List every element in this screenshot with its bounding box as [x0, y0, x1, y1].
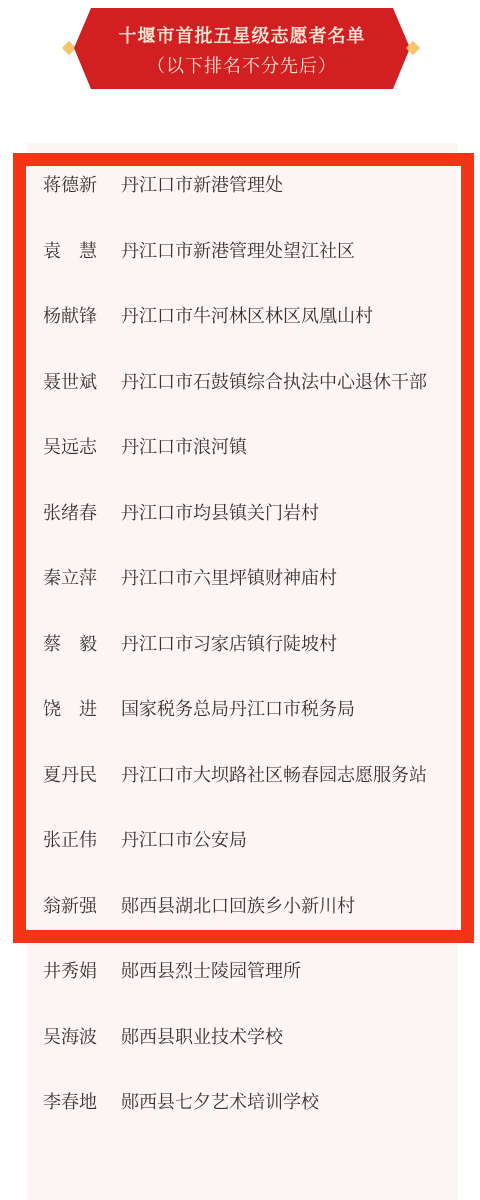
volunteer-org: 丹江口市大坝路社区畅春园志愿服务站 [121, 765, 427, 786]
diamond-ornament-icon [406, 41, 420, 55]
list-item: 杨献锋丹江口市牛河林区林区凤凰山村 [43, 301, 448, 332]
volunteer-name: 井秀娟 [43, 956, 121, 987]
volunteer-name: 秦立萍 [43, 563, 121, 594]
page-title: 十堰市首批五星级志愿者名单 [74, 22, 410, 48]
list-item: 聂世斌丹江口市石鼓镇综合执法中心退休干部 [43, 367, 448, 398]
volunteer-name: 张绪春 [43, 498, 121, 529]
volunteer-name: 翁新强 [43, 891, 121, 922]
volunteer-org: 丹江口市新港管理处望江社区 [121, 241, 355, 262]
volunteer-name: 杨献锋 [43, 301, 121, 332]
volunteer-org: 国家税务总局丹江口市税务局 [121, 699, 355, 720]
volunteer-name: 夏丹民 [43, 760, 121, 791]
title-banner: 十堰市首批五星级志愿者名单 （以下排名不分先后） [62, 8, 420, 89]
volunteer-org: 丹江口市六里坪镇财神庙村 [121, 568, 337, 589]
volunteer-list: 蒋德新丹江口市新港管理处 袁 慧丹江口市新港管理处望江社区 杨献锋丹江口市牛河林… [43, 170, 448, 1153]
page-subtitle: （以下排名不分先后） [74, 52, 410, 78]
volunteer-org: 丹江口市均县镇关门岩村 [121, 503, 319, 524]
volunteer-org: 丹江口市浪河镇 [121, 437, 247, 458]
volunteer-name: 吴远志 [43, 432, 121, 463]
volunteer-org: 丹江口市新港管理处 [121, 175, 283, 196]
banner-background: 十堰市首批五星级志愿者名单 （以下排名不分先后） [74, 8, 410, 89]
list-item: 吴远志丹江口市浪河镇 [43, 432, 448, 463]
volunteer-name: 吴海波 [43, 1022, 121, 1053]
volunteer-name: 饶 进 [43, 694, 121, 725]
diamond-ornament-icon [62, 41, 76, 55]
volunteer-name: 李春地 [43, 1087, 121, 1118]
volunteer-org: 郧西县职业技术学校 [121, 1027, 283, 1048]
list-item: 井秀娟郧西县烈士陵园管理所 [43, 956, 448, 987]
list-item: 蔡 毅丹江口市习家店镇行陡坡村 [43, 629, 448, 660]
list-item: 饶 进国家税务总局丹江口市税务局 [43, 694, 448, 725]
volunteer-org: 郧西县湖北口回族乡小新川村 [121, 896, 355, 917]
volunteer-org: 郧西县七夕艺术培训学校 [121, 1092, 319, 1113]
list-item: 张正伟丹江口市公安局 [43, 825, 448, 856]
volunteer-org: 郧西县烈士陵园管理所 [121, 961, 301, 982]
list-item: 袁 慧丹江口市新港管理处望江社区 [43, 236, 448, 267]
list-item: 吴海波郧西县职业技术学校 [43, 1022, 448, 1053]
volunteer-org: 丹江口市公安局 [121, 830, 247, 851]
volunteer-name: 张正伟 [43, 825, 121, 856]
list-item: 秦立萍丹江口市六里坪镇财神庙村 [43, 563, 448, 594]
volunteer-org: 丹江口市石鼓镇综合执法中心退休干部 [121, 372, 427, 393]
volunteer-name: 蒋德新 [43, 170, 121, 201]
volunteer-name: 蔡 毅 [43, 629, 121, 660]
volunteer-org: 丹江口市习家店镇行陡坡村 [121, 634, 337, 655]
list-item: 蒋德新丹江口市新港管理处 [43, 170, 448, 201]
volunteer-name: 聂世斌 [43, 367, 121, 398]
volunteer-name: 袁 慧 [43, 236, 121, 267]
volunteer-org: 丹江口市牛河林区林区凤凰山村 [121, 306, 373, 327]
list-item: 翁新强郧西县湖北口回族乡小新川村 [43, 891, 448, 922]
list-item: 夏丹民丹江口市大坝路社区畅春园志愿服务站 [43, 760, 448, 791]
list-item: 李春地郧西县七夕艺术培训学校 [43, 1087, 448, 1118]
list-item: 张绪春丹江口市均县镇关门岩村 [43, 498, 448, 529]
